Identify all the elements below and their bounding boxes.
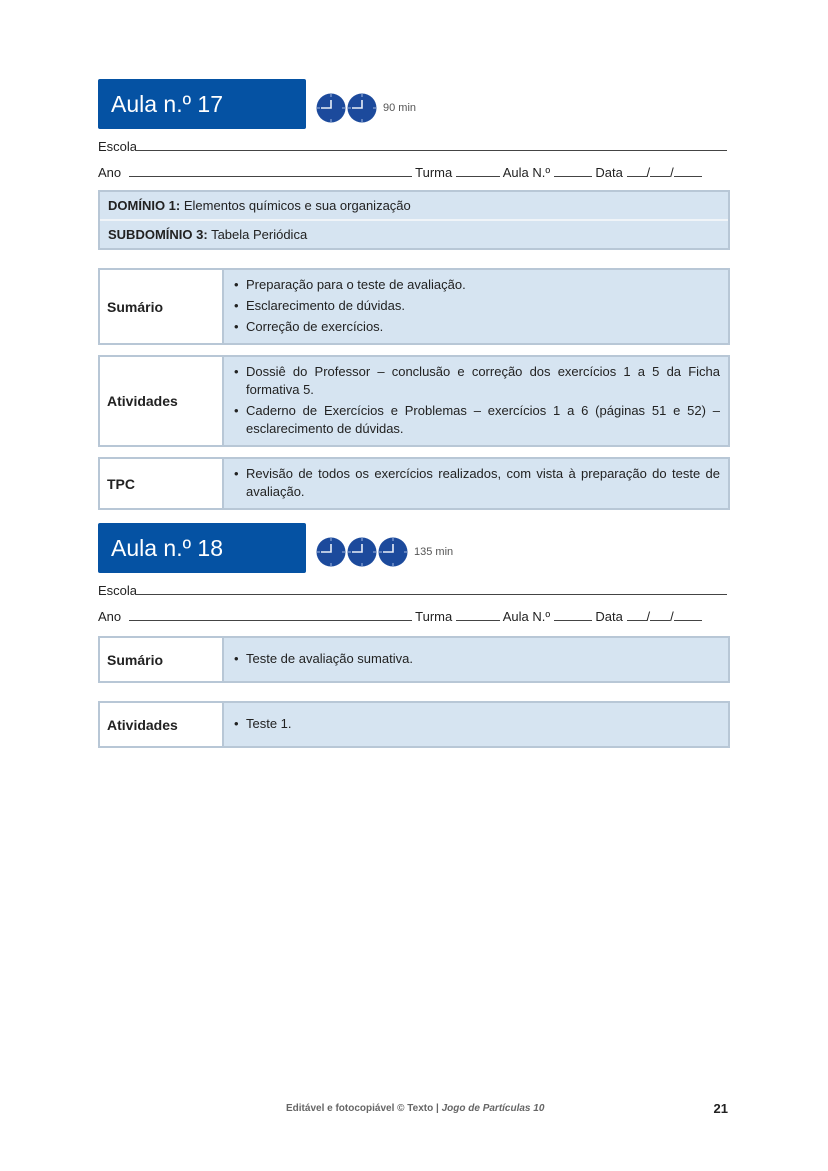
aula-field[interactable] [554, 606, 592, 621]
list-item: Revisão de todos os exercícios realizado… [232, 465, 720, 501]
ano-label: Ano [98, 609, 121, 624]
escola-field[interactable] [137, 580, 727, 595]
list-item: Caderno de Exercícios e Problemas – exer… [232, 402, 720, 438]
turma-field[interactable] [456, 162, 500, 177]
dominio-row: DOMÍNIO 1: Elementos químicos e sua orga… [100, 192, 728, 219]
row-label: Atividades [100, 703, 224, 746]
ano-line: Ano Turma Aula N.º Data // [98, 604, 730, 630]
row-label: Atividades [100, 357, 224, 445]
clock-icon [378, 537, 408, 567]
ano-line: Ano Turma Aula N.º Data // [98, 160, 730, 186]
list-item: Correção de exercícios. [232, 318, 720, 336]
data-month-field[interactable] [650, 606, 670, 621]
data-year-field[interactable] [674, 162, 702, 177]
ano-label: Ano [98, 165, 121, 180]
clock-icon [316, 93, 346, 123]
data-label: Data [595, 165, 622, 180]
escola-line: Escola [98, 578, 730, 604]
data-month-field[interactable] [650, 162, 670, 177]
sumario-table: Sumário Teste de avaliação sumativa. [98, 636, 730, 683]
list-item: Teste 1. [232, 715, 720, 733]
aula-field[interactable] [554, 162, 592, 177]
clock-icon [347, 93, 377, 123]
escola-label: Escola [98, 139, 137, 154]
data-label: Data [595, 609, 622, 624]
escola-line: Escola [98, 134, 730, 160]
atividades-table: Atividades Dossiê do Professor – conclus… [98, 355, 730, 447]
clock-icon [347, 537, 377, 567]
list-item: Preparação para o teste de avaliação. [232, 276, 720, 294]
subdominio-value: Tabela Periódica [211, 227, 307, 242]
escola-field[interactable] [137, 136, 727, 151]
row-label: TPC [100, 459, 224, 508]
lesson-17: Aula n.º 17 90 min Escola Ano Turma Aula… [98, 79, 730, 510]
list-item: Teste de avaliação sumativa. [232, 650, 720, 668]
row-label: Sumário [100, 270, 224, 343]
atividades-table: Atividades Teste 1. [98, 701, 730, 748]
page-number: 21 [714, 1101, 728, 1116]
lesson-18: Aula n.º 18 135 min Escola Ano Turma Aul… [98, 523, 730, 748]
duration-label: 135 min [414, 546, 453, 558]
footer-book-title: Jogo de Partículas 10 [442, 1103, 545, 1114]
escola-label: Escola [98, 583, 137, 598]
footer-copyright: Editável e fotocopiável © Texto | [286, 1103, 442, 1114]
clock-icon [316, 537, 346, 567]
tpc-table: TPC Revisão de todos os exercícios reali… [98, 457, 730, 510]
subdominio-label: SUBDOMÍNIO 3: [108, 227, 208, 242]
subdominio-row: SUBDOMÍNIO 3: Tabela Periódica [100, 219, 728, 248]
list-item: Esclarecimento de dúvidas. [232, 297, 720, 315]
duration-indicator: 135 min [316, 537, 453, 567]
turma-label: Turma [415, 165, 452, 180]
footer-credit: Editável e fotocopiável © Texto | Jogo d… [286, 1103, 544, 1114]
row-label: Sumário [100, 638, 224, 681]
data-day-field[interactable] [627, 162, 647, 177]
aula-label: Aula N.º [503, 165, 550, 180]
turma-field[interactable] [456, 606, 500, 621]
duration-indicator: 90 min [316, 93, 416, 123]
lesson-title: Aula n.º 18 [98, 523, 306, 573]
lesson-title: Aula n.º 17 [98, 79, 306, 129]
duration-label: 90 min [383, 102, 416, 114]
data-year-field[interactable] [674, 606, 702, 621]
domain-box: DOMÍNIO 1: Elementos químicos e sua orga… [98, 190, 730, 250]
data-day-field[interactable] [627, 606, 647, 621]
ano-field[interactable] [129, 606, 412, 621]
aula-label: Aula N.º [503, 609, 550, 624]
sumario-table: Sumário Preparação para o teste de avali… [98, 268, 730, 345]
dominio-value: Elementos químicos e sua organização [184, 198, 411, 213]
dominio-label: DOMÍNIO 1: [108, 198, 180, 213]
turma-label: Turma [415, 609, 452, 624]
ano-field[interactable] [129, 162, 412, 177]
list-item: Dossiê do Professor – conclusão e correç… [232, 363, 720, 399]
